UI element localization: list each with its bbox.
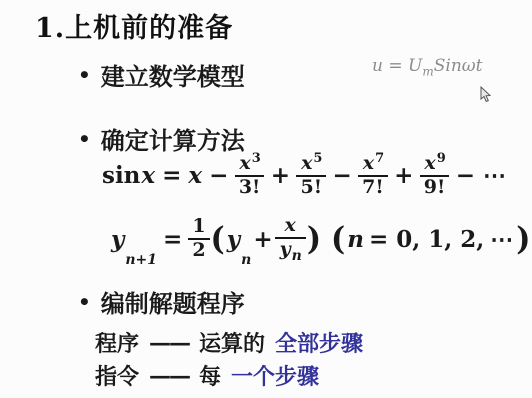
fraction-term: x5 5! [296, 154, 326, 198]
sin-fn: sin [102, 162, 140, 189]
half-fraction: 1 2 [188, 217, 209, 261]
fraction-den-base: y [279, 238, 292, 260]
definition-term: 程序 [95, 327, 139, 358]
first-term: x [187, 162, 203, 189]
equals-sign: = [163, 226, 182, 253]
numerator-exp: 5 [313, 152, 322, 165]
voltage-formula: u = UmSinωt [372, 56, 482, 78]
definition-dash: —— [149, 330, 189, 356]
bullet-icon: • [78, 65, 91, 85]
voltage-amplitude: U [408, 56, 422, 76]
denominator: 3! [235, 175, 265, 198]
half-numerator: 1 [188, 217, 209, 238]
iteration-formula: yn+1 = 1 2 ( yn + x yn ) ( n = 0, 1, 2, … [110, 216, 532, 263]
numerator-base: x [362, 154, 375, 174]
bullet-icon: • [78, 292, 91, 312]
fraction-term: x3 3! [234, 154, 264, 198]
definition-dash: —— [149, 363, 189, 389]
yn-subscript: n [241, 253, 251, 267]
close-paren: ) [307, 221, 321, 258]
definition-desc: 每 [199, 360, 221, 391]
voltage-amplitude-sub: m [422, 64, 433, 78]
numerator-base: x [238, 154, 251, 174]
open-paren: ( [211, 221, 225, 258]
x-over-yn-fraction: x yn [275, 216, 306, 263]
fraction-numerator: x [284, 216, 297, 236]
voltage-equals: = [388, 56, 402, 76]
operator: + [394, 162, 413, 189]
half-denominator: 2 [188, 238, 209, 261]
bullet-item-program: • 编制解题程序 [78, 284, 245, 319]
definition-highlight: 全部步骤 [275, 327, 363, 358]
domain-open-paren: ( [331, 221, 345, 258]
lhs-base: y [110, 226, 125, 253]
numerator-exp: 7 [375, 152, 384, 165]
denominator: 9! [420, 175, 450, 198]
operator: − [209, 162, 228, 189]
bullet-item-method: • 确定计算方法 [78, 121, 245, 156]
bullet-label: 编制解题程序 [101, 284, 245, 319]
fraction-term: x7 7! [358, 154, 388, 198]
bullet-item-model: • 建立数学模型 [78, 57, 245, 92]
domain-ellipsis: ⋯ [490, 226, 515, 253]
numerator-base: x [300, 154, 313, 174]
definition-instruction: 指令 —— 每 一个步骤 [95, 360, 319, 391]
slide: 1.上机前的准备 u = UmSinωt • 建立数学模型 • 确定计算方法 s… [0, 0, 532, 398]
bullet-label: 确定计算方法 [101, 121, 245, 156]
plus-sign: + [253, 226, 272, 253]
mouse-cursor-icon [479, 86, 492, 103]
bullet-label: 建立数学模型 [101, 57, 245, 92]
sin-series-formula: sin x = x − x3 3! + x5 5! − x7 7! + x9 9… [102, 154, 508, 198]
operator: + [271, 162, 290, 189]
denominator: 7! [358, 175, 388, 198]
definition-highlight: 一个步骤 [231, 360, 319, 391]
definition-desc: 运算的 [199, 327, 265, 358]
operator: − [332, 162, 351, 189]
domain-var: n [346, 226, 365, 253]
domain-close-paren: ) [516, 221, 530, 258]
sin-var: x [140, 162, 156, 189]
numerator-base: x [423, 154, 436, 174]
lhs-subscript: n+1 [125, 253, 157, 267]
definition-term: 指令 [95, 360, 139, 391]
voltage-rest: Sinωt [434, 56, 483, 76]
fraction-term: x9 9! [419, 154, 449, 198]
denominator: 5! [296, 175, 326, 198]
fraction-den-sub: n [292, 248, 302, 264]
page-title: 1.上机前的准备 [35, 6, 233, 45]
domain-values: = 0, 1, 2, [369, 226, 484, 253]
domain-clause: ( n = 0, 1, 2, ⋯ ) [330, 222, 531, 257]
operator: − [456, 162, 475, 189]
numerator-exp: 3 [252, 152, 261, 165]
voltage-lhs: u [372, 56, 383, 76]
definition-program: 程序 —— 运算的 全部步骤 [95, 327, 363, 358]
equals-sign: = [162, 162, 181, 189]
ellipsis: ⋯ [483, 162, 508, 189]
bullet-icon: • [78, 129, 91, 149]
yn-base: y [226, 226, 241, 253]
numerator-exp: 9 [437, 152, 446, 165]
